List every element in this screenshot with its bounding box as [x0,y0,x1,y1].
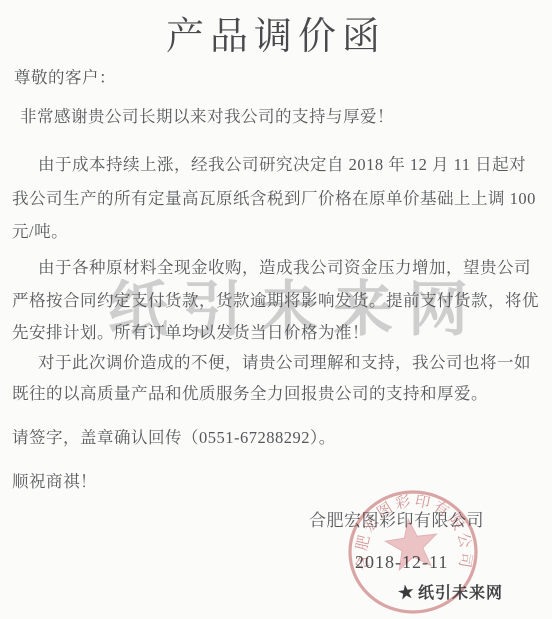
paragraph-2-line-1: 由于成本持续上涨，经我公司研究决定自 2018 年 12 月 11 日起对 [38,151,526,175]
paragraph-3-line-1: 由于各种原材料全现金收购，造成我公司资金压力增加，望贵公司 [38,254,531,278]
corner-watermark-star-icon: ★ [396,580,417,602]
closing-line: 顺祝商祺！ [12,468,97,492]
letter-title: 产品调价函 [0,5,552,60]
sign-request-line: 请签字，盖章确认回传（0551-67288292）。 [12,424,336,448]
corner-watermark-text: 纸引未来网 [418,580,503,603]
paragraph-3-line-3: 先安排计划。所有订单均以发货当日价格为准！ [12,319,369,343]
paragraph-4-line-2: 既往的以高质量产品和优质服务全力回报贵公司的支持和厚爱。 [12,380,488,404]
paragraph-2-line-3: 元/吨。 [12,218,68,242]
salutation-line: 尊敬的客户： [14,64,116,88]
paragraph-1-line-1: 非常感谢贵公司长期以来对我公司的支持与厚爱！ [20,103,394,127]
paragraph-4-line-1: 对于此次调价造成的不便，请贵公司理解和支持，我公司也将一如 [38,349,531,373]
scanned-letter-page: 纸引未来网 产品调价函 尊敬的客户： 非常感谢贵公司长期以来对我公司的支持与厚爱… [0,0,552,619]
corner-watermark: ★ 纸引未来网 [397,580,503,603]
paragraph-3-line-2: 严格按合同约定支付货款，货款逾期将影响发货。提前支付货款，将优 [12,287,539,311]
stamp-star-icon [385,519,436,570]
paragraph-2-line-2: 我公司生产的所有定量高瓦原纸含税到厂价格在原单价基础上上调 100 [12,185,536,209]
